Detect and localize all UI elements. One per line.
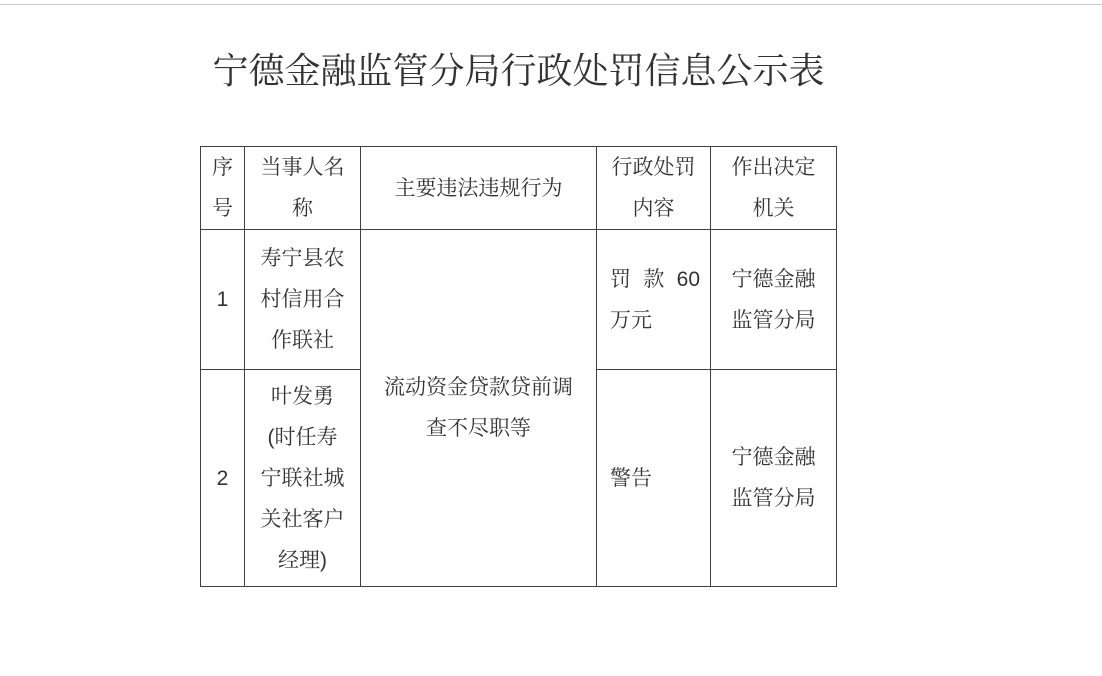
header-violation-label: 主要违法违规行为	[383, 168, 575, 209]
row1-authority-text: 宁德金融监管分局	[731, 259, 817, 341]
header-cell-penalty: 行政处罚内容	[597, 147, 711, 230]
header-cell-violation: 主要违法违规行为	[361, 147, 597, 230]
penalty-table: 序号 当事人名称 主要违法违规行为 行政处罚内容 作出决定机关 1 寿宁县	[200, 146, 837, 587]
header-cell-party: 当事人名称	[245, 147, 361, 230]
header-cell-authority: 作出决定机关	[711, 147, 837, 230]
row2-party-text: 叶发勇(时任寿宁联社城关社客户经理)	[260, 376, 346, 581]
row2-party-cell: 叶发勇(时任寿宁联社城关社客户经理)	[245, 370, 361, 587]
header-index-label: 序号	[211, 147, 234, 229]
header-penalty-label: 行政处罚内容	[611, 147, 697, 229]
row2-penalty-text: 警告	[610, 458, 700, 499]
row1-index-cell: 1	[201, 230, 245, 370]
table-row-1: 1 寿宁县农村信用合作联社 流动资金贷款贷前调查不尽职等 罚 款 60 万元 宁…	[201, 230, 837, 370]
page-title: 宁德金融监管分局行政处罚信息公示表	[200, 52, 837, 90]
row1-penalty-cell: 罚 款 60 万元	[597, 230, 711, 370]
row1-penalty-text: 罚 款 60 万元	[610, 259, 700, 341]
violation-merged-cell: 流动资金贷款贷前调查不尽职等	[361, 230, 597, 587]
row2-authority-cell: 宁德金融监管分局	[711, 370, 837, 587]
row1-party-text: 寿宁县农村信用合作联社	[260, 238, 346, 361]
table-header-row: 序号 当事人名称 主要违法违规行为 行政处罚内容 作出决定机关	[201, 147, 837, 230]
header-cell-index: 序号	[201, 147, 245, 230]
row2-penalty-cell: 警告	[597, 370, 711, 587]
row1-authority-cell: 宁德金融监管分局	[711, 230, 837, 370]
violation-text: 流动资金贷款贷前调查不尽职等	[383, 367, 575, 449]
row2-authority-text: 宁德金融监管分局	[731, 437, 817, 519]
document: 宁德金融监管分局行政处罚信息公示表 序号 当事人名称 主要违法违规行为 行政处罚…	[200, 0, 837, 587]
row2-index-cell: 2	[201, 370, 245, 587]
header-authority-label: 作出决定机关	[731, 147, 817, 229]
row1-party-cell: 寿宁县农村信用合作联社	[245, 230, 361, 370]
header-party-label: 当事人名称	[260, 147, 346, 229]
